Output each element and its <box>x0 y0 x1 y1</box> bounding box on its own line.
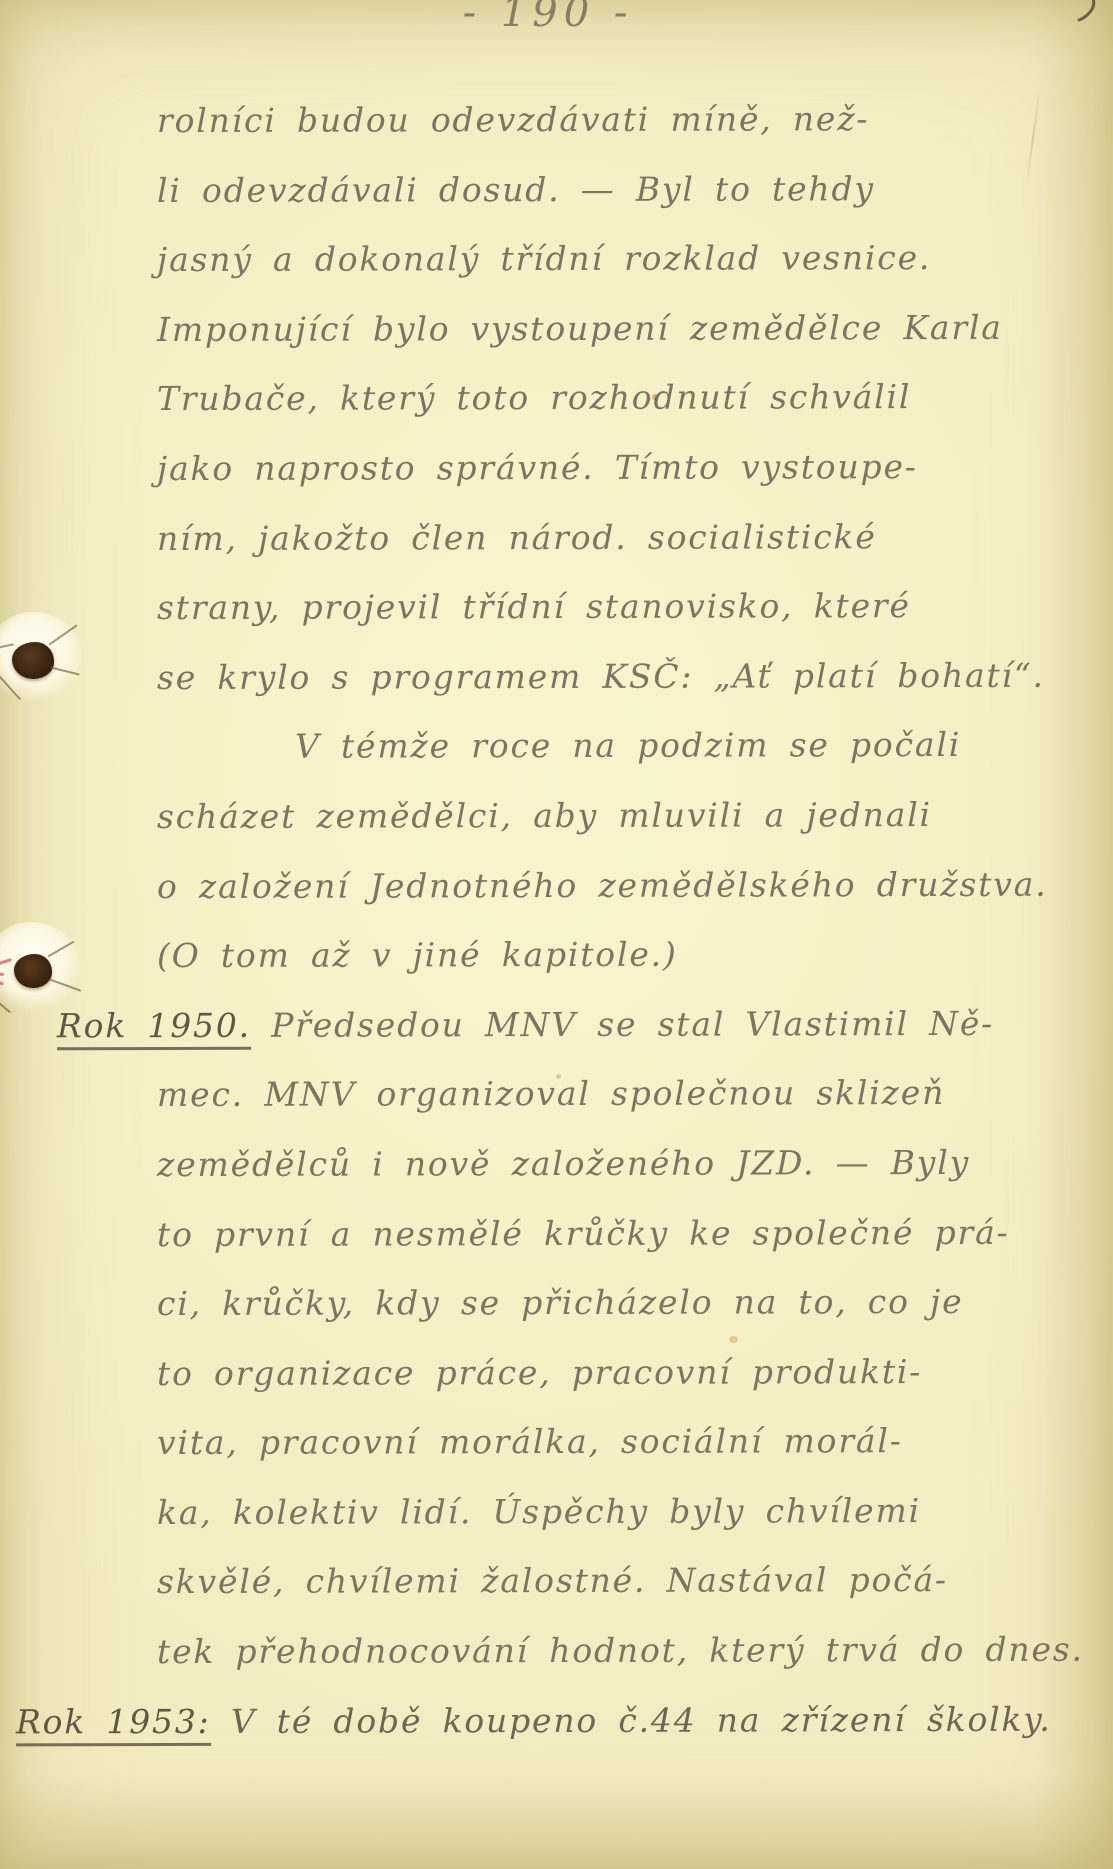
handwritten-line: Trubače, který toto rozhodnutí schválil <box>0 362 1113 435</box>
ink-stroke-icon <box>1057 0 1107 36</box>
page-number: - 190 - <box>398 0 698 36</box>
line-continuation: Předsedou MNV se stal Vlastimil Ně- <box>251 1004 994 1045</box>
handwritten-line: to organizace práce, pracovní produkti- <box>0 1336 1113 1409</box>
handwritten-line: ci, krůčky, kdy se přicházelo na to, co … <box>0 1267 1113 1340</box>
year-heading-underlined: Rok 1950. <box>57 1006 251 1051</box>
handwritten-line: scházet zemědělci, aby mluvili a jednali <box>0 779 1113 852</box>
handwritten-text-block: rolníci budou odevzdávati míně, než- li … <box>0 85 1113 1755</box>
handwritten-line: o založení Jednotného zemědělského družs… <box>0 849 1113 922</box>
handwritten-line: mec. MNV organizoval společnou sklizeň <box>0 1058 1113 1131</box>
handwritten-line: zemědělců i nově založeného JZD. — Byly <box>0 1127 1113 1200</box>
handwritten-line: ka, kolektiv lidí. Úspěchy byly chvílemi <box>0 1475 1113 1548</box>
handwritten-line: se krylo s programem KSČ: „Ať platí boha… <box>0 640 1113 713</box>
handwritten-line: to první a nesmělé krůčky ke společné pr… <box>0 1197 1113 1270</box>
line-continuation: V té době koupeno č.44 na zřízení školky… <box>210 1699 1051 1740</box>
handwritten-line-year-1953: Rok 1953: V té době koupeno č.44 na zříz… <box>0 1684 1113 1757</box>
handwritten-line: li odevzdávali dosud. — Byl to tehdy <box>0 153 1113 226</box>
handwritten-line: tek přehodnocování hodnot, který trvá do… <box>0 1615 1113 1688</box>
handwritten-line-year-1950: Rok 1950. Předsedou MNV se stal Vlastimi… <box>0 988 1113 1061</box>
handwritten-line: ním, jakožto člen národ. socialistické <box>0 501 1113 574</box>
handwritten-line: strany, projevil třídní stanovisko, kter… <box>0 571 1113 644</box>
handwritten-line: rolníci budou odevzdávati míně, než- <box>0 84 1113 157</box>
year-heading-underlined: Rok 1953: <box>16 1702 211 1747</box>
handwritten-line: Imponující bylo vystoupení zemědělce Kar… <box>0 292 1113 365</box>
handwritten-line: jako naprosto správné. Tímto vystoupe- <box>0 432 1113 505</box>
scanned-manuscript-page: - 190 - rolníci budou odevzdávati míně, … <box>0 0 1113 1869</box>
handwritten-line: (O tom až v jiné kapitole.) <box>0 919 1113 992</box>
handwritten-line: skvělé, chvílemi žalostné. Nastával počá… <box>0 1545 1113 1618</box>
handwritten-line-paragraph-start: V témže roce na podzim se počali <box>0 710 1113 783</box>
handwritten-line: vita, pracovní morálka, sociální morál- <box>0 1406 1113 1479</box>
handwritten-line: jasný a dokonalý třídní rozklad vesnice. <box>0 223 1113 296</box>
